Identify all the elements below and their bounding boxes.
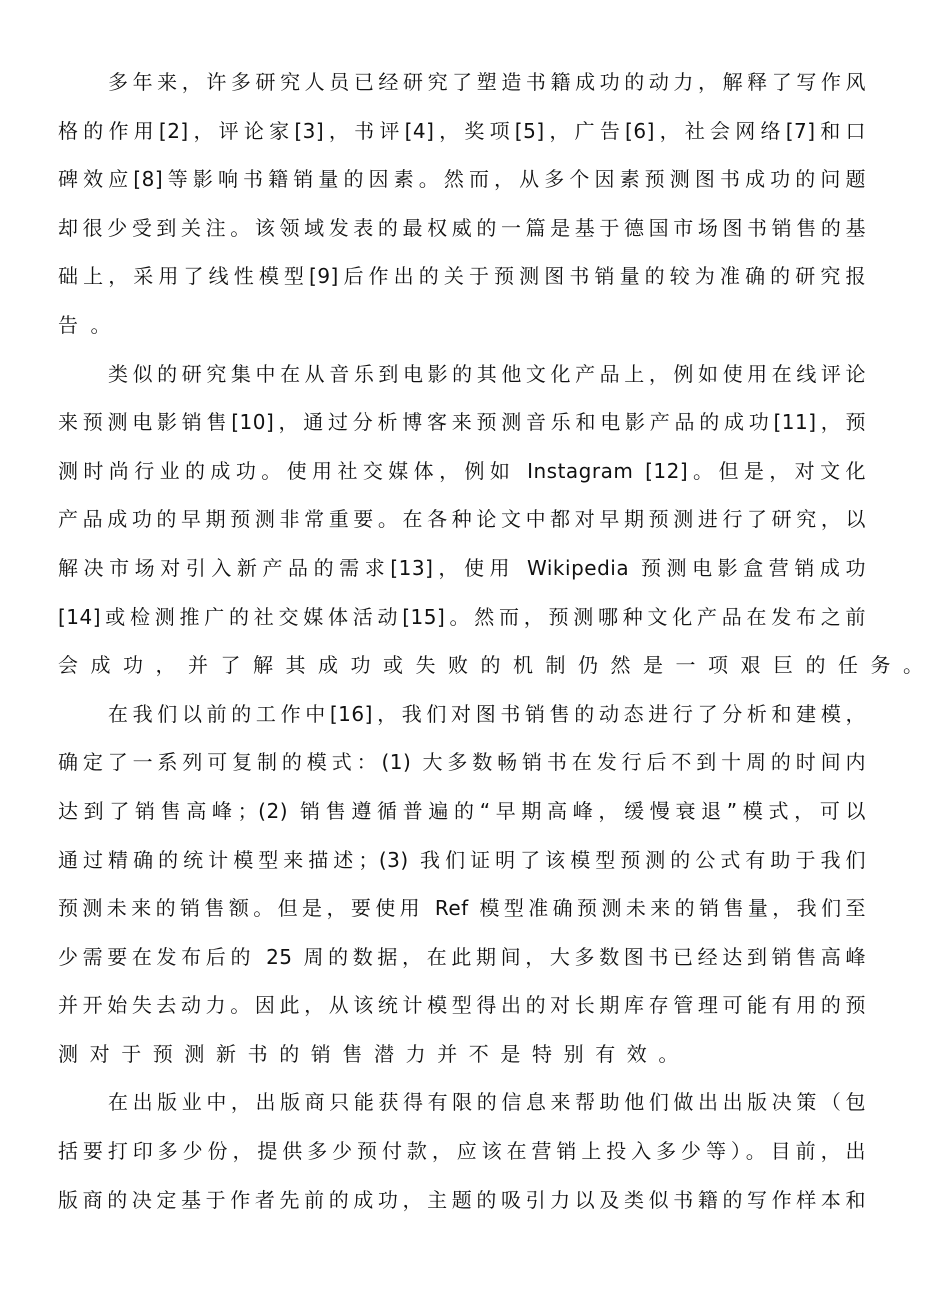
text-line: 测时尚行业的成功。使用社交媒体，例如 Instagram [12]。但是，对文化 (58, 447, 866, 496)
text-line: 通过精确的统计模型来描述；(3) 我们证明了该模型预测的公式有助于我们 (58, 836, 866, 885)
text-line: 却很少受到关注。该领域发表的最权威的一篇是基于德国市场图书销售的基 (58, 204, 866, 253)
paragraph-3: 在我们以前的工作中[16]，我们对图书销售的动态进行了分析和建模， 确定了一系列… (58, 690, 866, 1079)
text-line: 类似的研究集中在从音乐到电影的其他文化产品上，例如使用在线评论 (58, 350, 866, 399)
text-line: 测对于预测新书的销售潜力并不是特别有效。 (58, 1030, 866, 1079)
text-line: 在我们以前的工作中[16]，我们对图书销售的动态进行了分析和建模， (58, 690, 866, 739)
document-page: 多年来，许多研究人员已经研究了塑造书籍成功的动力，解释了写作风 格的作用[2]，… (58, 58, 866, 1224)
text-line: 在出版业中，出版商只能获得有限的信息来帮助他们做出出版决策（包 (58, 1078, 866, 1127)
paragraph-4: 在出版业中，出版商只能获得有限的信息来帮助他们做出出版决策（包 括要打印多少份，… (58, 1078, 866, 1224)
text-line: 并开始失去动力。因此，从该统计模型得出的对长期库存管理可能有用的预 (58, 981, 866, 1030)
text-line: 达到了销售高峰；(2) 销售遵循普遍的“早期高峰，缓慢衰退”模式，可以 (58, 787, 866, 836)
paragraph-2: 类似的研究集中在从音乐到电影的其他文化产品上，例如使用在线评论 来预测电影销售[… (58, 350, 866, 690)
text-line: 碑效应[8]等影响书籍销量的因素。然而，从多个因素预测图书成功的问题 (58, 155, 866, 204)
text-line: 会成功，并了解其成功或失败的机制仍然是一项艰巨的任务。 (58, 641, 866, 690)
text-line: 少需要在发布后的 25 周的数据，在此期间，大多数图书已经达到销售高峰 (58, 933, 866, 982)
text-line: 础上，采用了线性模型[9]后作出的关于预测图书销量的较为准确的研究报 (58, 252, 866, 301)
text-line: 来预测电影销售[10]，通过分析博客来预测音乐和电影产品的成功[11]，预 (58, 398, 866, 447)
text-line: 版商的决定基于作者先前的成功，主题的吸引力以及类似书籍的写作样本和 (58, 1176, 866, 1225)
text-line: 预测未来的销售额。但是，要使用 Ref 模型准确预测未来的销售量，我们至 (58, 884, 866, 933)
text-line: 产品成功的早期预测非常重要。在各种论文中都对早期预测进行了研究，以 (58, 495, 866, 544)
text-line: 告。 (58, 301, 866, 350)
text-line: 确定了一系列可复制的模式：(1) 大多数畅销书在发行后不到十周的时间内 (58, 738, 866, 787)
text-line: [14]或检测推广的社交媒体活动[15]。然而，预测哪种文化产品在发布之前 (58, 593, 866, 642)
paragraph-1: 多年来，许多研究人员已经研究了塑造书籍成功的动力，解释了写作风 格的作用[2]，… (58, 58, 866, 350)
text-line: 括要打印多少份，提供多少预付款，应该在营销上投入多少等）。目前，出 (58, 1127, 866, 1176)
text-line: 格的作用[2]，评论家[3]，书评[4]，奖项[5]，广告[6]，社会网络[7]… (58, 107, 866, 156)
text-line: 多年来，许多研究人员已经研究了塑造书籍成功的动力，解释了写作风 (58, 58, 866, 107)
text-line: 解决市场对引入新产品的需求[13]，使用 Wikipedia 预测电影盒营销成功 (58, 544, 866, 593)
